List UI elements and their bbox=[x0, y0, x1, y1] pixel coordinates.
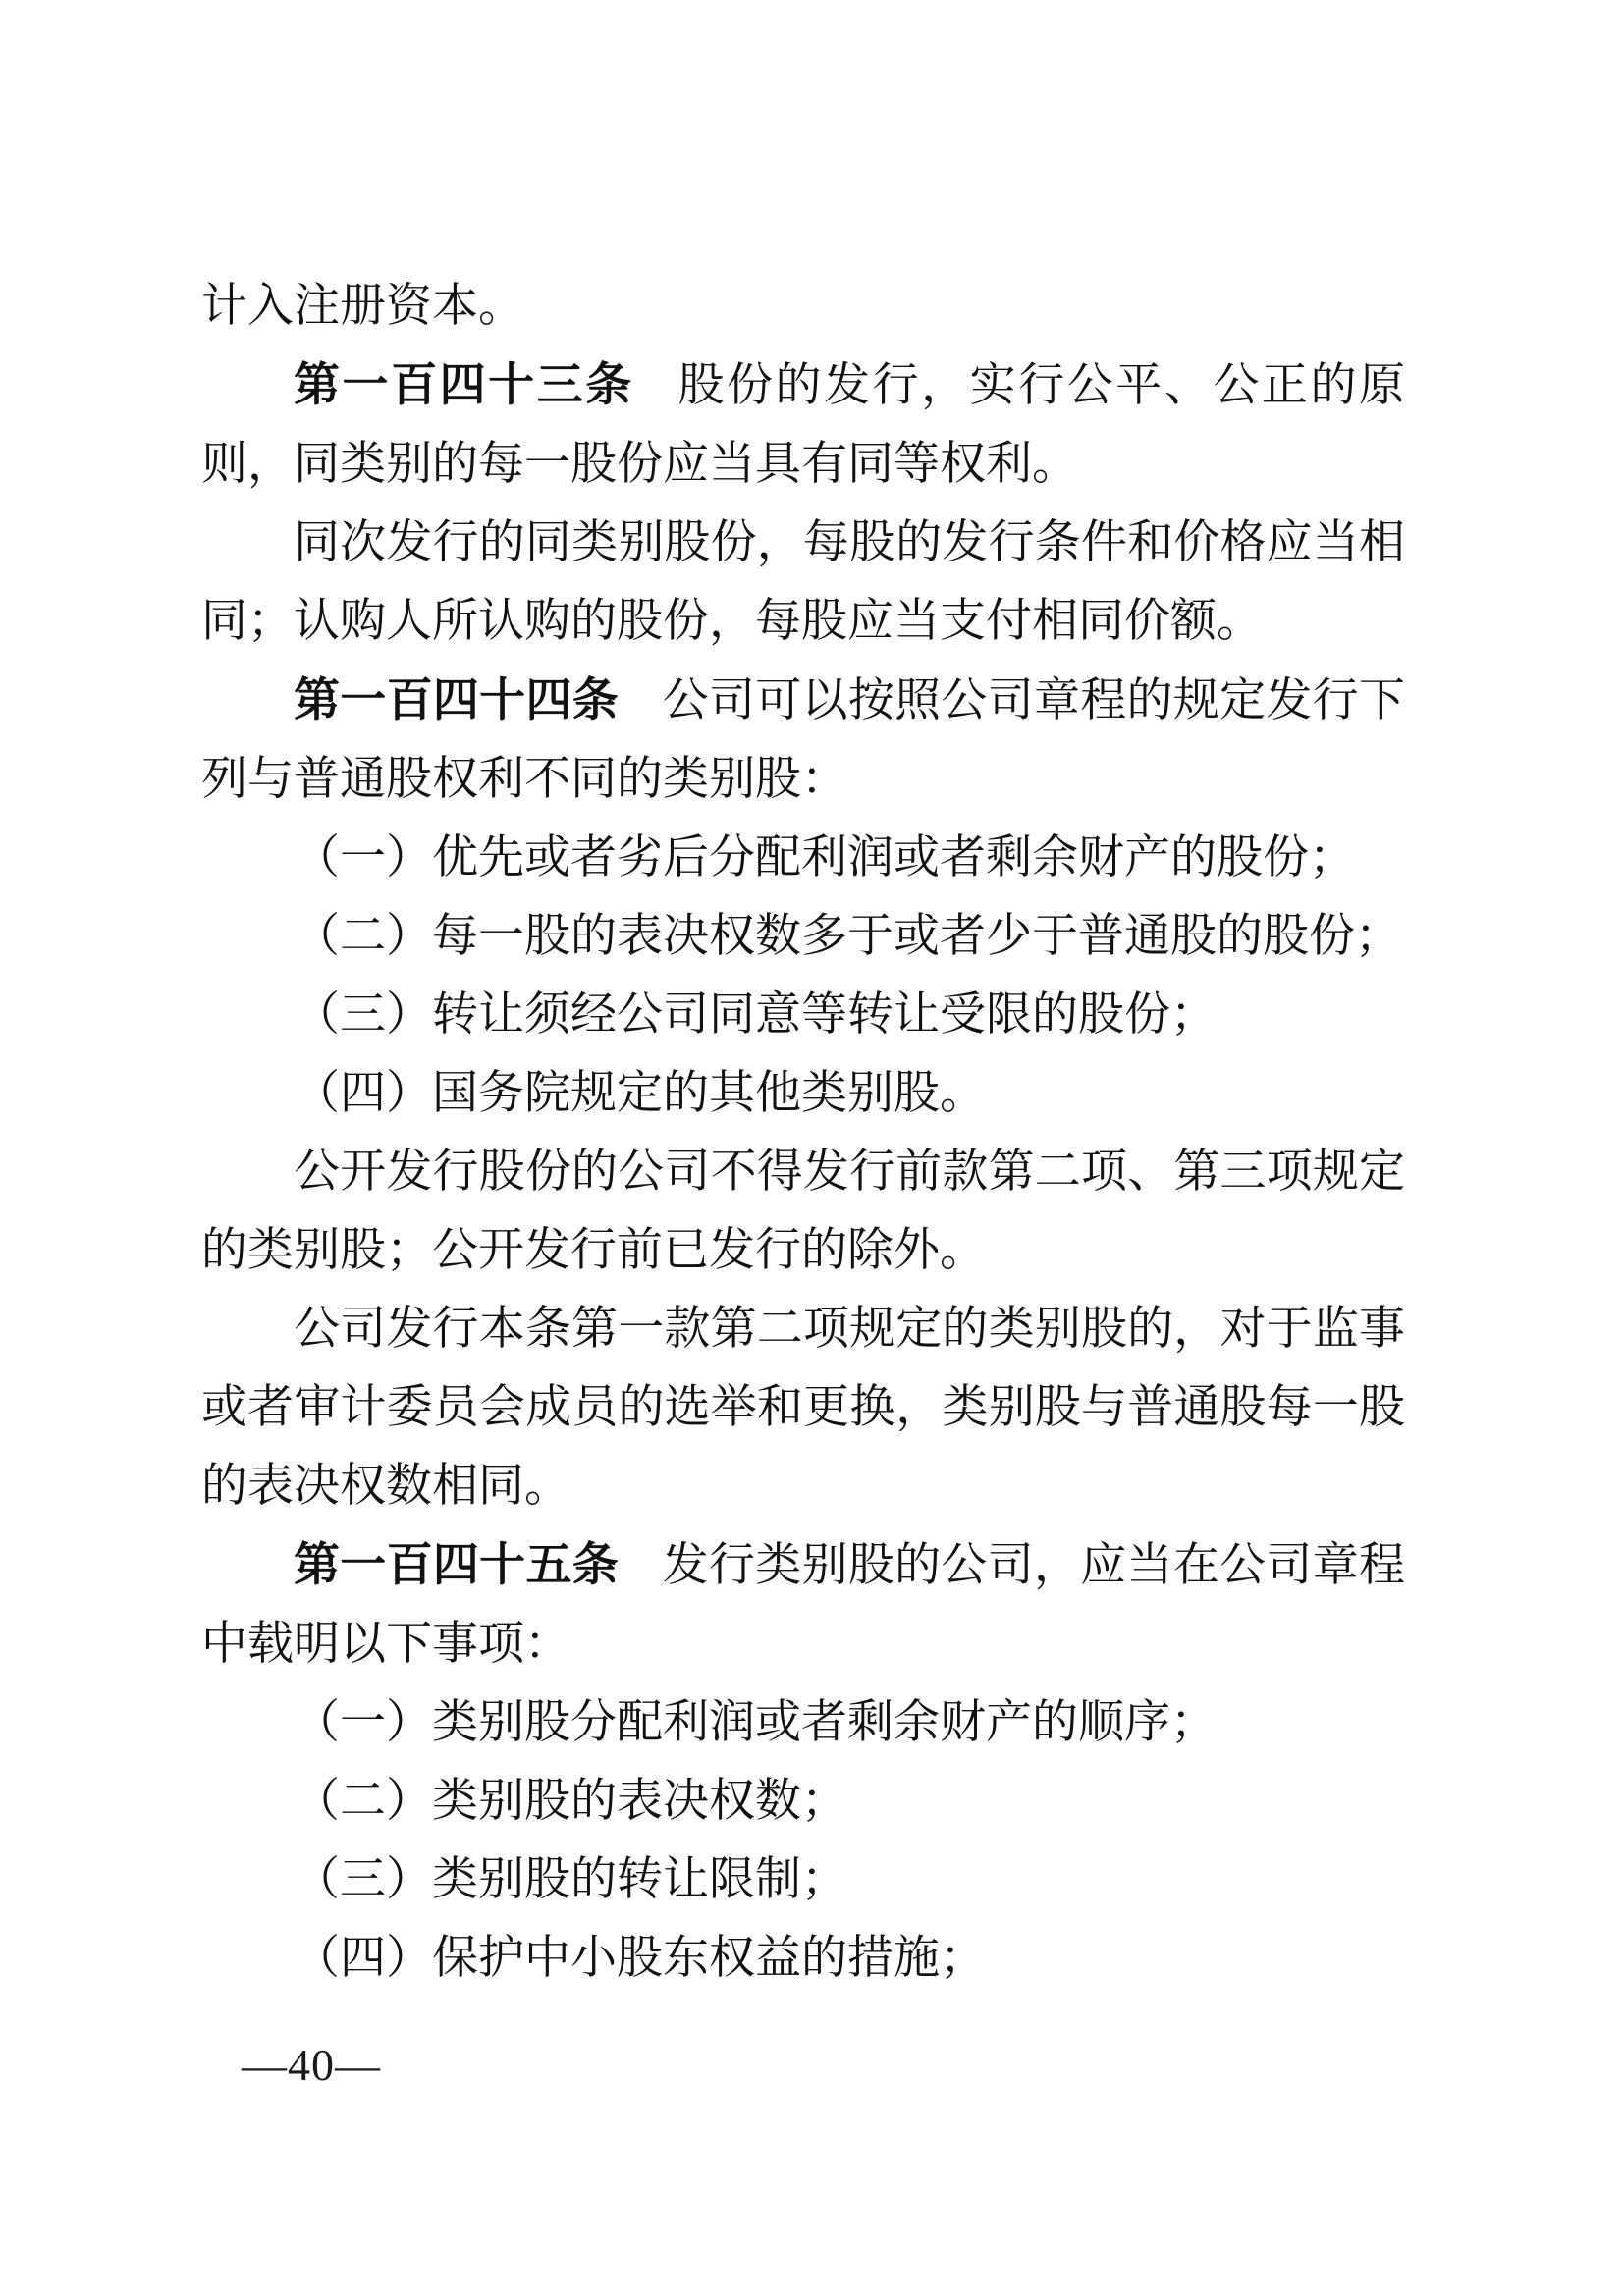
body-paragraph: （二）类别股的表决权数； bbox=[201, 1762, 1405, 1841]
paragraph-text: （三）转让须经公司同意等转让受限的股份； bbox=[294, 989, 1217, 1041]
paragraph-text: （二）类别股的表决权数； bbox=[294, 1776, 847, 1827]
document-page: 计入注册资本。第一百四十三条股份的发行，实行公平、公正的原则，同类别的每一股份应… bbox=[0, 0, 1624, 2296]
paragraph-text: （三）类别股的转让限制； bbox=[294, 1854, 847, 1905]
body-paragraph: （一）类别股分配利润或者剩余财产的顺序； bbox=[201, 1683, 1405, 1762]
body-paragraph: 计入注册资本。 bbox=[201, 267, 1405, 346]
article-paragraph: 第一百四十三条股份的发行，实行公平、公正的原则，同类别的每一股份应当具有同等权利… bbox=[201, 346, 1405, 504]
paragraph-text: （一）类别股分配利润或者剩余财产的顺序； bbox=[294, 1697, 1217, 1748]
body-paragraph: （三）类别股的转让限制； bbox=[201, 1841, 1405, 1919]
body-paragraph: （四）保护中小股东权益的措施； bbox=[201, 1919, 1405, 1998]
article-paragraph: 第一百四十五条发行类别股的公司，应当在公司章程中载明以下事项： bbox=[201, 1525, 1405, 1683]
body-paragraph: 公开发行股份的公司不得发行前款第二项、第三项规定的类别股；公开发行前已发行的除外… bbox=[201, 1133, 1405, 1290]
body-paragraph: （二）每一股的表决权数多于或者少于普通股的股份； bbox=[201, 897, 1405, 976]
body-paragraph: （一）优先或者劣后分配利润或者剩余财产的股份； bbox=[201, 819, 1405, 897]
paragraph-text: 公开发行股份的公司不得发行前款第二项、第三项规定的类别股；公开发行前已发行的除外… bbox=[201, 1147, 1405, 1276]
document-body: 计入注册资本。第一百四十三条股份的发行，实行公平、公正的原则，同类别的每一股份应… bbox=[201, 267, 1405, 1998]
body-paragraph: （三）转让须经公司同意等转让受限的股份； bbox=[201, 976, 1405, 1054]
article-number: 第一百四十五条 bbox=[294, 1538, 619, 1590]
paragraph-text: （四）国务院规定的其他类别股。 bbox=[294, 1068, 986, 1119]
article-number: 第一百四十四条 bbox=[294, 673, 619, 725]
article-number: 第一百四十三条 bbox=[294, 358, 634, 410]
body-paragraph: 同次发行的同类别股份，每股的发行条件和价格应当相同；认购人所认购的股份，每股应当… bbox=[201, 504, 1405, 661]
paragraph-text: （一）优先或者劣后分配利润或者剩余财产的股份； bbox=[294, 832, 1355, 883]
paragraph-text: （四）保护中小股东权益的措施； bbox=[294, 1933, 986, 1984]
article-paragraph: 第一百四十四条公司可以按照公司章程的规定发行下列与普通股权利不同的类别股： bbox=[201, 661, 1405, 819]
paragraph-text: 公司发行本条第一款第二项规定的类别股的，对于监事或者审计委员会成员的选举和更换，… bbox=[201, 1304, 1405, 1512]
paragraph-text: 同次发行的同类别股份，每股的发行条件和价格应当相同；认购人所认购的股份，每股应当… bbox=[201, 517, 1405, 647]
page-number: —40— bbox=[242, 2040, 381, 2090]
page-footer: —40— bbox=[242, 2040, 381, 2091]
body-paragraph: （四）国务院规定的其他类别股。 bbox=[201, 1054, 1405, 1133]
paragraph-text: 计入注册资本。 bbox=[201, 281, 524, 332]
paragraph-text: （二）每一股的表决权数多于或者少于普通股的股份； bbox=[294, 911, 1401, 962]
body-paragraph: 公司发行本条第一款第二项规定的类别股的，对于监事或者审计委员会成员的选举和更换，… bbox=[201, 1290, 1405, 1525]
